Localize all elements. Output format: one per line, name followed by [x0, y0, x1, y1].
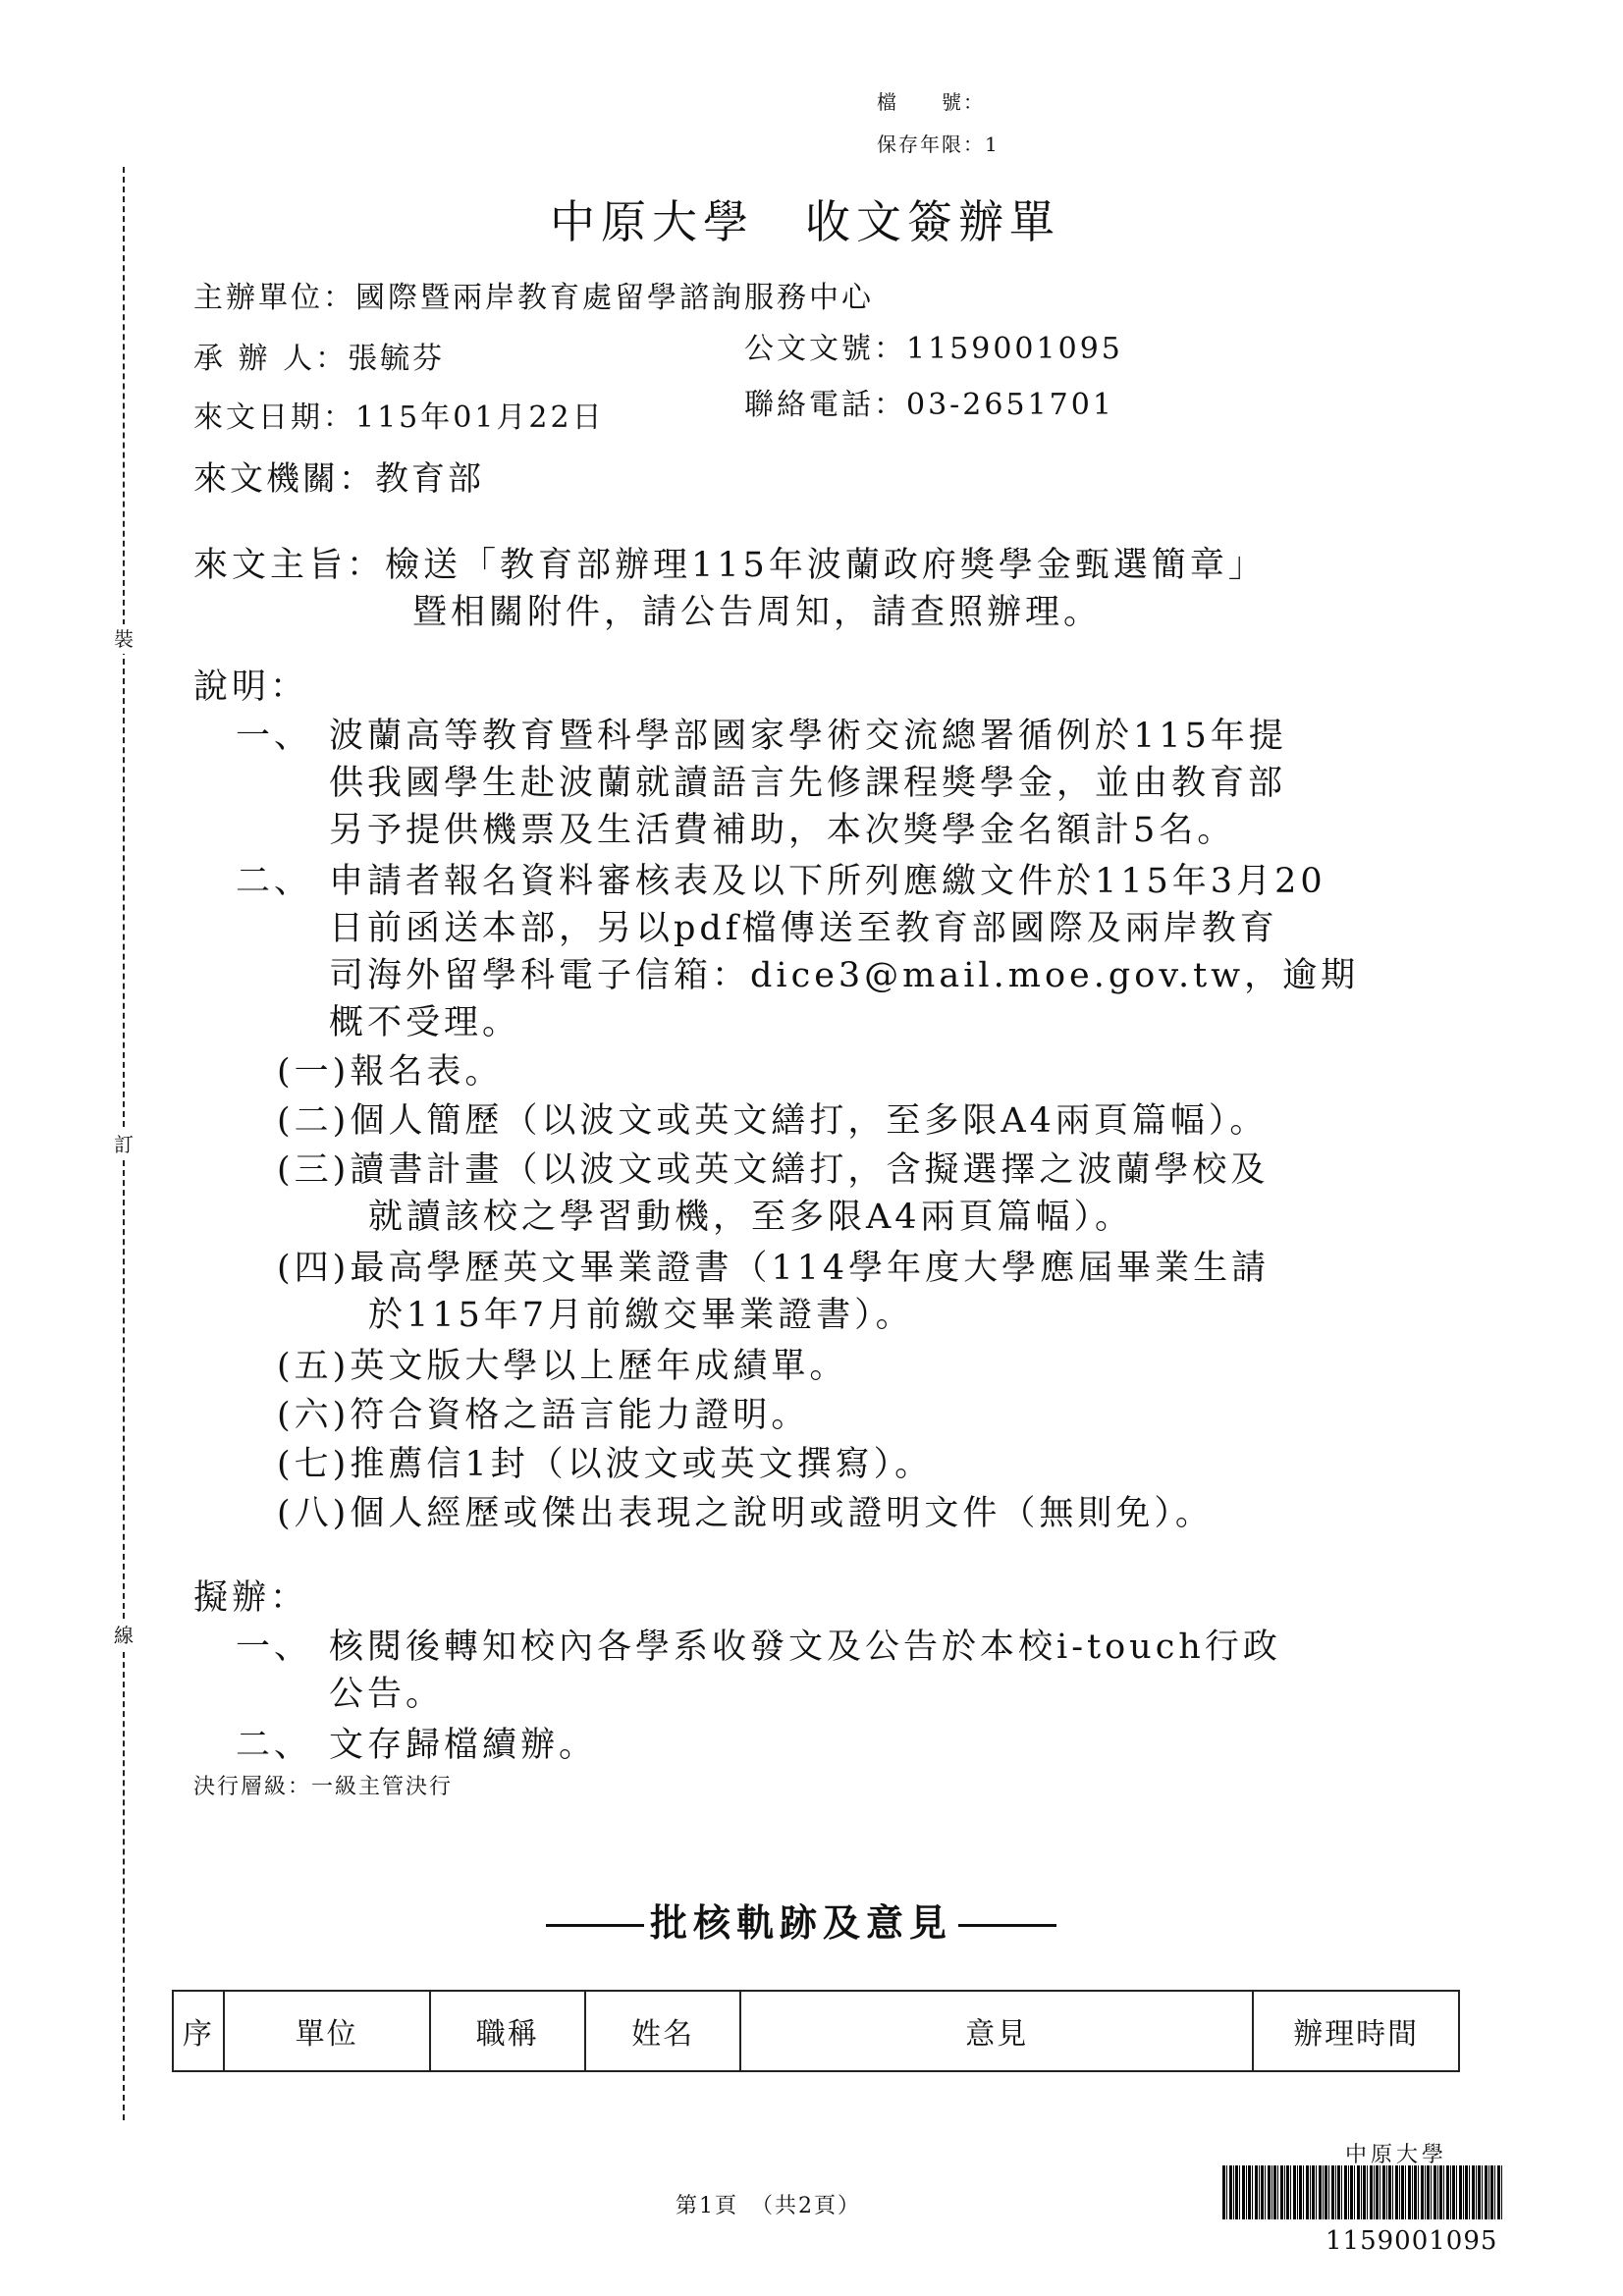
document-text: 報名表。: [350, 1052, 503, 1092]
review-section-heading: 批核軌跡及意見: [540, 1893, 1062, 1947]
handler-label: 承 辦 人：: [193, 342, 348, 376]
proposal-item-2-line-1: 文存歸檔續辦。: [329, 1718, 597, 1767]
subject-line-2: 暨相關附件，請公告周知，請查照辦理。: [412, 585, 1102, 634]
explanation-item-2-line-2: 日前函送本部，另以pdf檔傳送至教育部國際及兩岸教育: [329, 901, 1278, 950]
review-heading-text: 批核軌跡及意見: [650, 1901, 952, 1945]
review-track-table: 序 單位 職稱 姓名 意見 辦理時間: [172, 1990, 1460, 2072]
column-header-seq: 序: [173, 1991, 224, 2071]
subject-text-1: 檢送「教育部辦理115年波蘭政府獎學金甄選簡章」: [385, 546, 1267, 585]
binding-char-ding: 訂: [112, 1130, 135, 1159]
document-item-1: (一)報名表。: [277, 1044, 503, 1094]
doc-number-field: 公文文號：1159001095: [744, 324, 1123, 367]
document-text: 符合資格之語言能力證明。: [350, 1396, 809, 1435]
proposal-item-2-marker: 二、: [236, 1718, 312, 1767]
document-marker: (二): [277, 1101, 350, 1141]
sender-label: 來文機關：: [193, 459, 375, 499]
phone-label: 聯絡電話：: [744, 388, 906, 422]
file-number-label: 檔 號：: [877, 90, 985, 114]
subject-line-1: 來文主旨：檢送「教育部辦理115年波蘭政府獎學金甄選簡章」: [193, 538, 1267, 587]
sender-field: 來文機關：教育部: [193, 452, 484, 500]
page-info: 第1頁 （共2頁）: [676, 2189, 861, 2219]
document-marker: (三): [277, 1150, 350, 1190]
received-date-value: 115年01月22日: [355, 400, 605, 435]
phone-field: 聯絡電話：03-2651701: [744, 380, 1114, 423]
explanation-item-1-marker: 一、: [236, 709, 312, 758]
heading-dash-left: [546, 1924, 644, 1927]
explanation-label: 說明：: [193, 660, 308, 709]
document-marker: (四): [277, 1249, 350, 1288]
explanation-item-1-line-2: 供我國學生赴波蘭就讀語言先修課程獎學金，並由教育部: [329, 756, 1286, 805]
column-header-name: 姓名: [585, 1991, 740, 2071]
document-marker: (一): [277, 1052, 350, 1092]
explanation-item-2-line-4: 概不受理。: [329, 995, 520, 1044]
document-item-3: (三)讀書計畫（以波文或英文繕打，含擬選擇之波蘭學校及: [277, 1143, 1269, 1192]
explanation-item-1-line-3: 另予提供機票及生活費補助，本次獎學金名額計5名。: [329, 803, 1235, 852]
doc-number-value: 1159001095: [906, 332, 1123, 366]
barcode-number: 1159001095: [1325, 2226, 1497, 2256]
document-text: 個人簡歷（以波文或英文繕打，至多限A4兩頁篇幅）。: [350, 1101, 1268, 1141]
column-header-opinion: 意見: [740, 1991, 1253, 2071]
barcode-image: [1222, 2165, 1502, 2219]
handler-value: 張毓芬: [348, 342, 445, 376]
phone-value: 03-2651701: [906, 388, 1114, 422]
explanation-item-1-line-1: 波蘭高等教育暨科學部國家學術交流總署循例於115年提: [329, 709, 1287, 758]
retention-period: 保存年限：1: [877, 129, 1000, 157]
document-item-3-line-2: 就讀該校之學習動機，至多限A4兩頁篇幅）。: [368, 1190, 1133, 1239]
explanation-item-2-marker: 二、: [236, 854, 312, 903]
document-marker: (六): [277, 1396, 350, 1435]
file-number: 檔 號：: [877, 86, 985, 115]
document-marker: (八): [277, 1494, 350, 1533]
doc-number-label: 公文文號：: [744, 332, 906, 366]
subject-label: 來文主旨：: [193, 546, 385, 585]
handler-field: 承 辦 人：張毓芬: [193, 334, 445, 377]
explanation-item-2-line-1: 申請者報名資料審核表及以下所列應繳文件於115年3月20: [329, 854, 1326, 903]
proposal-item-1-line-2: 公告。: [329, 1667, 444, 1716]
proposal-item-1-line-1: 核閱後轉知校內各學系收發文及公告於本校i-touch行政: [329, 1620, 1281, 1669]
document-text: 個人經歷或傑出表現之說明或證明文件（無則免）。: [350, 1494, 1214, 1533]
document-text: 推薦信1封（以波文或英文撰寫）。: [350, 1445, 933, 1484]
received-date-label: 來文日期：: [193, 400, 355, 435]
proposal-item-1-marker: 一、: [236, 1620, 312, 1669]
document-item-7: (七)推薦信1封（以波文或英文撰寫）。: [277, 1437, 933, 1486]
document-item-6: (六)符合資格之語言能力證明。: [277, 1388, 809, 1437]
retention-value: 1: [985, 133, 1000, 156]
document-text: 最高學歷英文畢業證書（114學年度大學應屆畢業生請: [350, 1249, 1270, 1288]
binding-char-zhuang: 裝: [112, 624, 135, 654]
column-header-title: 職稱: [430, 1991, 585, 2071]
explanation-item-2-line-3: 司海外留學科電子信箱：dice3@mail.moe.gov.tw，逾期: [329, 948, 1359, 997]
host-unit-field: 主辦單位：國際暨兩岸教育處留學諮詢服務中心: [193, 273, 874, 316]
document-item-2: (二)個人簡歷（以波文或英文繕打，至多限A4兩頁篇幅）。: [277, 1094, 1268, 1143]
binding-char-xian: 線: [112, 1621, 135, 1650]
document-marker: (七): [277, 1445, 350, 1484]
heading-dash-right: [958, 1924, 1056, 1927]
host-unit-value: 國際暨兩岸教育處留學諮詢服務中心: [355, 281, 874, 315]
column-header-unit: 單位: [224, 1991, 430, 2071]
document-item-5: (五)英文版大學以上歷年成績單。: [277, 1339, 847, 1388]
decision-level: 決行層級：一級主管決行: [193, 1770, 453, 1800]
retention-label: 保存年限：: [877, 133, 985, 156]
received-date-row: 來文日期：115年01月22日: [193, 393, 605, 436]
host-unit-label: 主辦單位：: [193, 281, 355, 315]
proposal-label: 擬辦：: [193, 1571, 308, 1620]
sender-value: 教育部: [375, 459, 484, 499]
document-text: 英文版大學以上歷年成績單。: [350, 1347, 847, 1386]
barcode-org: 中原大學: [1345, 2138, 1447, 2168]
document-marker: (五): [277, 1347, 350, 1386]
document-item-4-line-2: 於115年7月前繳交畢業證書）。: [368, 1288, 914, 1337]
document-item-8: (八)個人經歷或傑出表現之說明或證明文件（無則免）。: [277, 1486, 1214, 1535]
page-title: 中原大學 收文簽辦單: [550, 187, 1060, 251]
document-item-4: (四)最高學歷英文畢業證書（114學年度大學應屆畢業生請: [277, 1241, 1270, 1290]
document-text: 讀書計畫（以波文或英文繕打，含擬選擇之波蘭學校及: [350, 1150, 1269, 1190]
column-header-time: 辦理時間: [1253, 1991, 1459, 2071]
table-header-row: 序 單位 職稱 姓名 意見 辦理時間: [173, 1991, 1459, 2071]
